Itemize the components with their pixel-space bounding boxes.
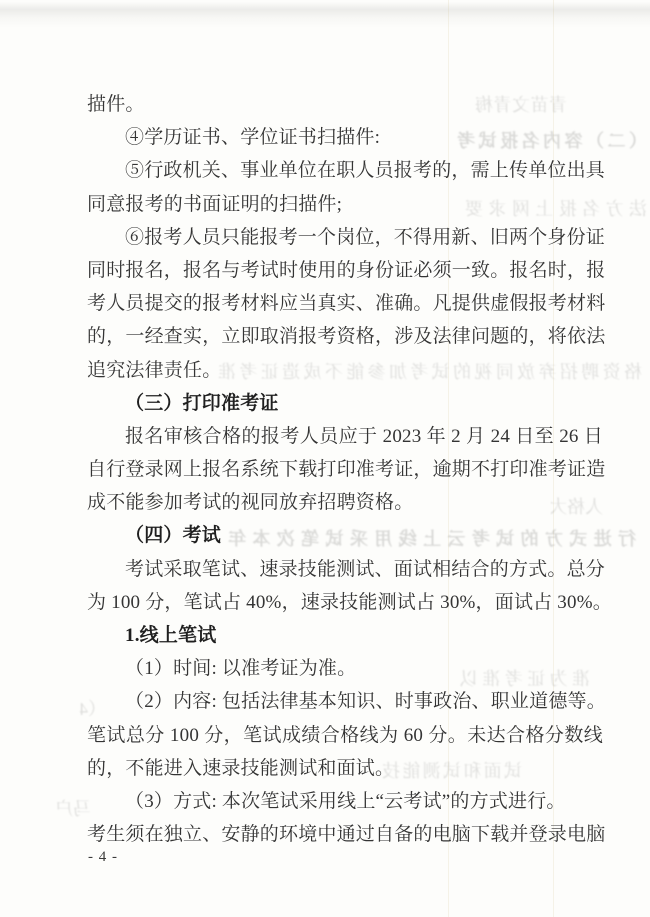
- text-line: 描件。: [87, 88, 603, 121]
- text-line: 考试采取笔试、速录技能测试、面试相结合的方式。总分: [87, 553, 603, 586]
- text-line: （3）方式: 本次笔试采用线上“云考试”的方式进行。: [87, 785, 603, 818]
- text-line: ④学历证书、学位证书扫描件:: [87, 121, 603, 154]
- text-line: （2）内容: 包括法律基本知识、时事政治、职业道德等。: [87, 685, 603, 718]
- text-line: ⑤行政机关、事业单位在职人员报考的，需上传单位出具: [87, 154, 603, 187]
- text-line: 同意报考的书面证明的扫描件;: [87, 188, 603, 221]
- text-line: 追究法律责任。: [87, 354, 603, 387]
- text-line: 考人员提交的报考材料应当真实、准确。凡提供虚假报考材料: [87, 287, 603, 320]
- heading-line: 1.线上笔试: [87, 619, 603, 652]
- bleed-through-text: 马户: [57, 798, 91, 821]
- text-line: 考生须在独立、安静的环境中通过自备的电脑下载并登录电脑: [87, 818, 603, 851]
- heading-line: （三）打印准考证: [87, 387, 603, 420]
- text-line: 为 100 分，笔试占 40%，速录技能测试占 30%，面试占 30%。: [87, 586, 603, 619]
- text-line: 成不能参加考试的视同放弃招聘资格。: [87, 486, 603, 519]
- text-line: 自行登录网上报名系统下载打印准考证，逾期不打印准考证造: [87, 453, 603, 486]
- heading-line: （四）考试: [87, 519, 603, 552]
- scanned-document-page: 青苗文青梅（二）容内名报试考法方名报上网求要格资聘招弃放同视的试考加参能不成造证…: [0, 0, 650, 917]
- text-line: 的，不能进入速录技能测试和面试。: [87, 752, 603, 785]
- text-line: 笔试总分 100 分，笔试成绩合格线为 60 分。未达合格分数线: [87, 719, 603, 752]
- document-body: 描件。④学历证书、学位证书扫描件:⑤行政机关、事业单位在职人员报考的，需上传单位…: [87, 88, 603, 851]
- text-line: 报名审核合格的报考人员应于 2023 年 2 月 24 日至 26 日: [87, 420, 603, 453]
- text-line: 的，一经查实，立即取消报考资格，涉及法律问题的，将依法: [87, 320, 603, 353]
- page-number: - 4 -: [88, 849, 118, 866]
- text-line: （1）时间: 以准考证为准。: [87, 652, 603, 685]
- text-line: ⑥报考人员只能报考一个岗位，不得用新、旧两个身份证: [87, 221, 603, 254]
- text-line: 同时报名，报名与考试时使用的身份证必须一致。报名时，报: [87, 254, 603, 287]
